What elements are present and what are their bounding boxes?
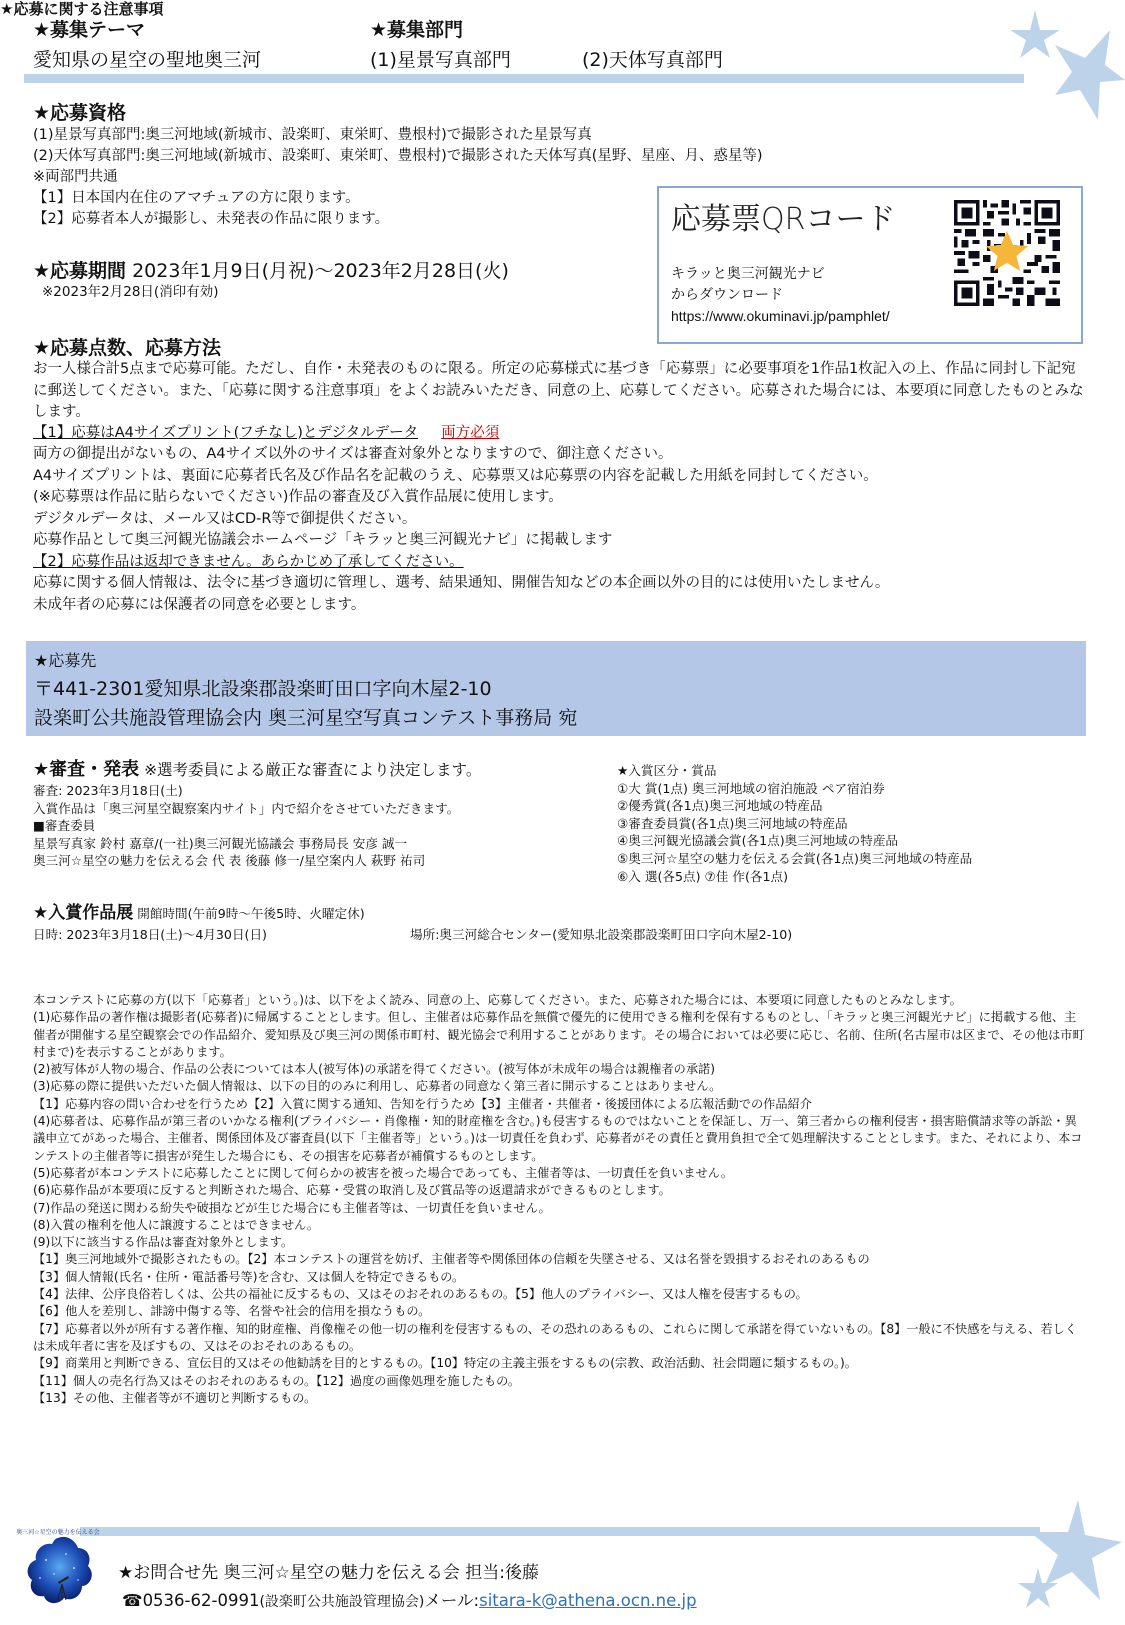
note-paragraph: 【6】他人を差別し、誹謗中傷する等、名誉や社会的信用を損なうもの。 [33, 1303, 1088, 1320]
phone-number[interactable]: 0536-62-0991 [143, 1591, 260, 1610]
association-logo-icon: 奥三河☆星空の魅力を伝える会 [16, 1524, 100, 1612]
address-heading: ★応募先 [34, 650, 96, 672]
exhibition-dates: 日時: 2023年3月18日(土)～4月30日(日) [33, 926, 267, 944]
email-link[interactable]: sitara-k@athena.ocn.ne.jp [479, 1591, 696, 1610]
required-badge: 両方必須 [441, 425, 499, 441]
judging-intro: 入賞作品は「奥三河星空観察案内サイト」内で紹介をさせていただきます。 [33, 800, 459, 818]
contact-line: ☎0536-62-0991(設楽町公共施設管理協会)メール:sitara-k@a… [122, 1590, 697, 1613]
qr-code-icon[interactable] [954, 200, 1060, 306]
prize-item: ⑥入 選(各5点) ⑦佳 作(各1点) [617, 868, 972, 886]
address-line1: 〒441-2301愛知県北設楽郡設楽町田口字向木屋2-10 [34, 677, 492, 702]
eligibility-line: ※両部門共通 [33, 167, 763, 188]
logo-text: 奥三河☆星空の魅力を伝える会 [16, 1528, 99, 1536]
method-line: デジタルデータは、メール又はCD-R等で御提供ください。 [33, 509, 889, 531]
qr-title: 応募票QRコード [671, 202, 895, 238]
division-1: (1)星景写真部門 [370, 48, 511, 72]
note-paragraph: 【11】個人の売名行為又はそのおそれのあるもの。【12】過度の画像処理を施したも… [33, 1373, 1088, 1390]
note-paragraph: (2)被写体が人物の場合、作品の公表については本人(被写体)の承諾を得てください… [33, 1061, 1088, 1078]
eligibility-heading: ★応募資格 [33, 101, 126, 125]
note-paragraph: 【9】商業用と判断できる、宣伝目的又はその他勧誘を目的とするもの。【10】特定の… [33, 1355, 1088, 1372]
star-decoration-bottom-icon [1000, 1480, 1125, 1625]
method-details: 両方の御提出がないもの、A4サイズ以外のサイズは審査対象外となりますので、御注意… [33, 444, 889, 616]
judging-date: 審査: 2023年3月18日(土) [33, 782, 459, 800]
qr-url-link[interactable]: https://www.okuminavi.jp/pamphlet/ [671, 306, 890, 326]
method-intro: お一人様合計5点まで応募可能。ただし、自作・未発表のものに限る。所定の応募様式に… [33, 359, 1085, 424]
method-line: (※応募票は作品に貼らないでください)作品の審査及び入賞作品展に使用します。 [33, 487, 889, 509]
theme-value: 愛知県の星空の聖地奥三河 [33, 48, 261, 72]
note-paragraph: (4)応募者は、応募作品が第三者のいかなる権利(プライバシー・肖像権・知的財産権… [33, 1113, 1088, 1165]
mail-label: メール: [424, 1591, 479, 1610]
notes-list: 本コンテストに応募の方(以下「応募者」という。)は、以下をよく読み、同意の上、応… [33, 992, 1088, 1407]
period-line: ★応募期間 2023年1月9日(月祝)～2023年2月28日(火) [33, 259, 509, 283]
method-privacy: 応募に関する個人情報は、法令に基づき適切に管理し、選考、結果通知、開催告知などの… [33, 573, 889, 595]
phone-org: (設楽町公共施設管理協会) [259, 1594, 424, 1610]
note-paragraph: (1)応募作品の著作権は撮影者(応募者)に帰属することとします。但し、主催者は応… [33, 1009, 1088, 1061]
header-divider [24, 74, 1024, 83]
exhibition-hours: 開館時間(午前9時～午後5時、火曜定休) [133, 906, 364, 921]
division-2: (2)天体写真部門 [582, 48, 723, 72]
period-value: 2023年1月9日(月祝)～2023年2月28日(火) [126, 260, 509, 282]
notes-heading: ★応募に関する注意事項 [0, 0, 163, 19]
division-heading: ★募集部門 [370, 18, 463, 42]
judge-line: 奥三河☆星空の魅力を伝える会 代 表 後藤 修一/星空案内人 萩野 祐司 [33, 852, 459, 870]
prize-item: ②優秀賞(各1点)奥三河地域の特産品 [617, 797, 972, 815]
note-paragraph: 【1】奥三河地域外で撮影されたもの。【2】本コンテストの運営を妨げ、主催者等や関… [33, 1251, 1088, 1268]
judging-heading-line: ★審査・発表 ※選考委員による厳正な審査により決定します。 [33, 759, 481, 781]
method-minor: 未成年者の応募には保護者の同意を必要とします。 [33, 595, 889, 617]
note-paragraph: (8)入賞の権利を他人に譲渡することはできません。 [33, 1217, 1088, 1234]
period-note: ※2023年2月28日(消印有効) [42, 283, 218, 302]
qr-download-text: キラッと奥三河観光ナビ からダウンロード [671, 264, 825, 306]
method-line: A4サイズプリントは、裏面に応募者氏名及び作品名を記載のうえ、応募票又は応募票の… [33, 466, 889, 488]
exhibition-place: 場所:奥三河総合センター(愛知県北設楽郡設楽町田口字向木屋2-10) [410, 926, 792, 944]
contact-heading: ★お問合せ先 奥三河☆星空の魅力を伝える会 担当:後藤 [118, 1562, 539, 1584]
prize-item: ⑤奥三河☆星空の魅力を伝える会賞(各1点)奥三河地域の特産品 [617, 850, 972, 868]
method-rule1: 【1】応募はA4サイズプリント(フチなし)とデジタルデータ [33, 425, 418, 441]
eligibility-line: 【2】応募者本人が撮影し、未発表の作品に限ります。 [33, 209, 763, 230]
qr-line2: からダウンロード [671, 285, 825, 306]
method-line: 応募作品として奥三河観光協議会ホームページ「キラッと奥三河観光ナビ」に掲載します [33, 530, 889, 552]
phone-icon: ☎ [122, 1591, 143, 1610]
period-heading: ★応募期間 [33, 260, 126, 282]
method-line: 両方の御提出がないもの、A4サイズ以外のサイズは審査対象外となりますので、御注意… [33, 444, 889, 466]
note-paragraph: (9)以下に該当する作品は審査対象外とします。 [33, 1234, 1088, 1251]
judging-details: 審査: 2023年3月18日(土) 入賞作品は「奥三河星空観察案内サイト」内で紹… [33, 782, 459, 870]
footer-divider [80, 1527, 1040, 1536]
note-paragraph: 【7】応募者以外が所有する著作権、知的財産権、肖像権その他一切の権利を侵害するも… [33, 1321, 1088, 1356]
prizes-heading: ★入賞区分・賞品 [617, 762, 972, 780]
judge-line: 星景写真家 鈴村 嘉章/(一社)奥三河観光協議会 事務局長 安彦 誠一 [33, 835, 459, 853]
note-paragraph: 【3】個人情報(氏名・住所・電話番号等)を含む、又は個人を特定できるもの。 [33, 1269, 1088, 1286]
judging-heading: ★審査・発表 [33, 759, 139, 780]
prizes-section: ★入賞区分・賞品 ①大 賞(1点) 奥三河地域の宿泊施設 ペア宿泊券 ②優秀賞(… [617, 762, 972, 885]
note-paragraph: (3)応募の際に提供いただいた個人情報は、以下の目的のみに利用し、応募者の同意な… [33, 1078, 1088, 1095]
note-paragraph: (7)作品の発送に関わる紛失や破損などが生じた場合にも主催者等は、一切責任を負い… [33, 1200, 1088, 1217]
qr-code-panel: 応募票QRコード キラッと奥三河観光ナビ からダウンロード https://ww… [657, 186, 1083, 344]
address-section: ★応募先 〒441-2301愛知県北設楽郡設楽町田口字向木屋2-10 設楽町公共… [26, 641, 1086, 736]
eligibility-line: (2)天体写真部門:奥三河地域(新城市、設楽町、東栄町、豊根村)で撮影された天体… [33, 146, 763, 167]
method-rule2: 【2】応募作品は返却できません。あらかじめ了承してください。 [33, 552, 889, 574]
eligibility-line: 【1】日本国内在住のアマチュアの方に限ります。 [33, 188, 763, 209]
eligibility-line: (1)星景写真部門:奥三河地域(新城市、設楽町、東栄町、豊根村)で撮影された星景… [33, 125, 763, 146]
eligibility-list: (1)星景写真部門:奥三河地域(新城市、設楽町、東栄町、豊根村)で撮影された星景… [33, 125, 763, 230]
note-paragraph: 本コンテストに応募の方(以下「応募者」という。)は、以下をよく読み、同意の上、応… [33, 992, 1088, 1009]
star-decoration-top-icon [960, 0, 1125, 125]
judges-heading: ■審査委員 [33, 817, 459, 835]
method-heading: ★応募点数、応募方法 [33, 336, 221, 360]
note-paragraph: 【1】応募内容の問い合わせを行うため【2】入賞に関する通知、告知を行うため【3】… [33, 1096, 1088, 1113]
exhibition-heading-line: ★入賞作品展 開館時間(午前9時～午後5時、火曜定休) [33, 902, 365, 924]
qr-line1: キラッと奥三河観光ナビ [671, 264, 825, 285]
note-paragraph: (5)応募者が本コンテストに応募したことに関して何らかの被害を被った場合であって… [33, 1165, 1088, 1182]
theme-heading: ★募集テーマ [33, 18, 145, 42]
prize-item: ③審査委員賞(各1点)奥三河地域の特産品 [617, 815, 972, 833]
note-paragraph: (6)応募作品が本要項に反すると判断された場合、応募・受賞の取消し及び賞品等の返… [33, 1182, 1088, 1199]
note-paragraph: 【4】法律、公序良俗若しくは、公共の福祉に反するもの、又はそのおそれのあるもの。… [33, 1286, 1088, 1303]
exhibition-heading: ★入賞作品展 [33, 903, 133, 923]
judging-note: ※選考委員による厳正な審査により決定します。 [139, 761, 481, 779]
prize-item: ④奥三河観光協議会賞(各1点)奥三河地域の特産品 [617, 832, 972, 850]
prize-item: ①大 賞(1点) 奥三河地域の宿泊施設 ペア宿泊券 [617, 780, 972, 798]
method-rule1-line: 【1】応募はA4サイズプリント(フチなし)とデジタルデータ 両方必須 [33, 423, 499, 444]
note-paragraph: 【13】その他、主催者等が不適切と判断するもの。 [33, 1390, 1088, 1407]
address-line2: 設楽町公共施設管理協会内 奥三河星空写真コンテスト事務局 宛 [34, 706, 577, 731]
